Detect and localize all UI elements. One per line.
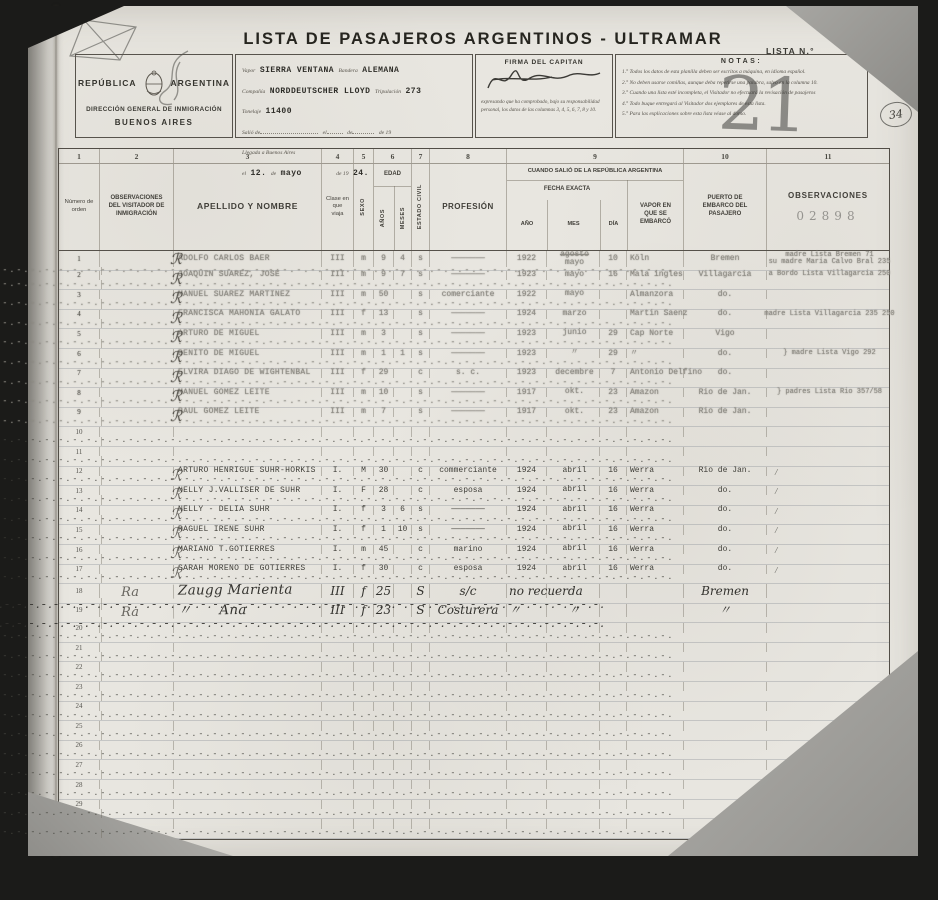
row-number: 12 <box>59 467 99 476</box>
month-cell <box>546 800 599 809</box>
passenger-name <box>173 682 321 691</box>
visitor-mark-cell: ℛ <box>99 486 173 495</box>
embark-ship-cell: Werra <box>626 565 683 574</box>
civil-status-cell: s <box>411 329 429 338</box>
sex-cell: f <box>353 506 373 515</box>
visitor-mark-cell: ℛ <box>99 290 173 299</box>
dashed-line: -.-.-.-.-.-.-.-.-.-.-.-.-.-.-.-.-.-.-.-.… <box>101 417 141 426</box>
row-number: 24 <box>59 702 99 711</box>
age-years-cell <box>373 819 393 828</box>
embark-ship-cell: Antonio Delfino <box>626 369 683 378</box>
row-number: 14 <box>59 506 99 515</box>
class-cell <box>321 741 353 750</box>
year-cell <box>506 447 546 456</box>
captain-note: expresando que ha comprobado, bajo su re… <box>476 99 612 115</box>
day-cell: 16 <box>599 565 626 574</box>
dashed-line: -.-.-.-.-.-.-.-.-.-.-.-.-.-.-.-.-.-.-.-.… <box>101 397 141 406</box>
port-cell: do. <box>683 349 766 358</box>
embark-ship-cell: Martin Saenz <box>626 310 683 319</box>
visitor-mark-cell: ℛ <box>99 251 173 267</box>
class-cell <box>321 721 353 730</box>
day-cell <box>599 427 626 436</box>
age-months-cell <box>393 800 411 809</box>
row-number: 27 <box>59 760 99 769</box>
visitor-mark-cell <box>99 662 173 671</box>
visitor-mark-cell <box>99 682 173 691</box>
profession-cell: comerciante <box>429 290 506 299</box>
passenger-name <box>173 702 321 711</box>
port-cell: Rio de Jan. <box>683 388 766 397</box>
col-num-10: 10 <box>683 149 766 163</box>
profession-cell: esposa <box>429 565 506 574</box>
table-row: 22 -.-.-.-.-.-.-.-.-.-.-.-.-.-.-.-.-.-.-… <box>59 662 889 682</box>
table-row: 26 -.-.-.-.-.-.-.-.-.-.-.-.-.-.-.-.-.-.-… <box>59 741 889 761</box>
age-years-cell <box>373 721 393 730</box>
embark-ship-cell <box>626 780 683 789</box>
header-dia: DÍA <box>600 221 627 228</box>
row-number: 21 <box>59 643 99 652</box>
col-num-9: 9 <box>506 149 683 163</box>
profession-cell <box>429 447 506 456</box>
table-row: 14 ℛ NELLY - DELIA SUHR I. f 3 6 s —————… <box>59 506 889 526</box>
port-cell <box>683 623 766 632</box>
day-cell: 16 <box>599 545 626 554</box>
civil-status-cell: s <box>411 310 429 319</box>
civil-status-cell: s <box>411 251 429 267</box>
visitor-mark-cell <box>99 741 173 750</box>
table-body: 1 ℛ ADOLFO CARLOS BAER III m 9 4 s —————… <box>59 251 889 839</box>
dashed-line: -.-.-.-.-.-.-.-.-.-.-.-.-.-.-.-.-.-.-.-.… <box>101 378 141 387</box>
sex-cell: f <box>353 310 373 319</box>
month-cell <box>546 643 599 652</box>
salio-label: Salió de <box>242 130 260 136</box>
age-months-cell: 10 <box>393 525 411 534</box>
column-number-strip: 1 2 3 4 5 6 7 8 9 10 11 <box>59 149 889 164</box>
visitor-mark-cell: ℛ <box>99 506 173 515</box>
year-cell: 1924 <box>506 565 546 574</box>
age-months-cell <box>393 486 411 495</box>
civil-status-cell <box>411 721 429 730</box>
civil-status-cell <box>411 643 429 652</box>
year-cell <box>506 760 546 769</box>
age-years-cell <box>373 800 393 809</box>
embark-ship-cell <box>626 662 683 671</box>
civil-status-cell <box>411 760 429 769</box>
passenger-name: SARAH MORENO DE GOTIERRES <box>173 565 321 574</box>
passenger-name: NELLY J.VALLISER DE SUHR <box>173 486 321 495</box>
table-row: 24 -.-.-.-.-.-.-.-.-.-.-.-.-.-.-.-.-.-.-… <box>59 702 889 722</box>
row-number: 4 <box>59 310 99 319</box>
compania-label: Compañía <box>242 89 265 95</box>
age-months-cell <box>393 310 411 319</box>
observations-cell <box>766 447 889 456</box>
class-cell <box>321 800 353 809</box>
civil-status-cell: c <box>411 467 429 476</box>
embark-ship-cell <box>626 800 683 809</box>
table-row: 3 ℛ MANUEL SUAREZ MARTINEZ III m 50 s co… <box>59 290 889 310</box>
profession-cell: ——————— <box>429 310 506 319</box>
visitor-mark-cell: ℛ <box>99 369 173 378</box>
dashed-line: -.-.-.-.-.-.-.-.-.-.-.-.-.-.-.-.-.-.-.-.… <box>101 617 141 629</box>
row-number: 23 <box>59 682 99 691</box>
civil-status-cell: s <box>411 290 429 299</box>
header-fecha-exacta-group: FECHA EXACTA AÑO MES DÍA <box>507 180 627 250</box>
year-cell: 1924 <box>506 467 546 476</box>
profession-cell <box>429 819 506 828</box>
age-months-cell <box>393 467 411 476</box>
age-months-cell: 4 <box>393 251 411 267</box>
month-cell: abril <box>546 525 599 534</box>
sex-cell: m <box>353 408 373 417</box>
year-cell: 1917 <box>506 408 546 417</box>
port-cell: do. <box>683 310 766 319</box>
dashed-line: -.-.-.-.-.-.-.-.-.-.-.-.-.-.-.-.-.-.-.-.… <box>101 711 141 720</box>
table-row: 1 ℛ ADOLFO CARLOS BAER III m 9 4 s —————… <box>59 251 889 271</box>
table-row: 23 -.-.-.-.-.-.-.-.-.-.-.-.-.-.-.-.-.-.-… <box>59 682 889 702</box>
day-cell <box>599 584 626 598</box>
tripulacion-value: 273 <box>406 87 422 96</box>
month-cell <box>546 427 599 436</box>
observations-cell: madre Lista Villagarcia 235 250 <box>766 310 889 319</box>
passenger-name <box>173 741 321 750</box>
header-observaciones-visitador: OBSERVACIONES DEL VISITADOR DE INMIGRACI… <box>99 164 173 250</box>
scan-background: LISTA DE PASAJEROS ARGENTINOS - ULTRAMAR… <box>0 0 938 900</box>
port-cell <box>683 760 766 769</box>
port-cell: do. <box>683 290 766 299</box>
table-row: 21 -.-.-.-.-.-.-.-.-.-.-.-.-.-.-.-.-.-.-… <box>59 643 889 663</box>
passenger-name <box>173 800 321 809</box>
profession-cell <box>429 427 506 436</box>
row-number: 18 <box>59 584 99 598</box>
observations-cell <box>766 506 889 515</box>
list-number-stamp: 21 <box>717 61 806 150</box>
month-cell: decembre <box>546 369 599 378</box>
observations-cell: } padres Lista Rio 357/58 <box>766 388 889 397</box>
dashed-line: -.-.-.-.-.-.-.-.-.-.-.-.-.-.-.-.-.-.-.-.… <box>101 750 141 759</box>
age-months-cell <box>393 369 411 378</box>
dashed-line: -.-.-.-.-.-.-.-.-.-.-.-.-.-.-.-.-.-.-.-.… <box>101 515 141 524</box>
visitor-mark-cell: ℛ <box>99 467 173 476</box>
profession-cell: ——————— <box>429 408 506 417</box>
ship-box: Vapor SIERRA VENTANA Bandera ALEMANA Com… <box>235 54 473 138</box>
row-number: 6 <box>59 349 99 358</box>
age-months-cell <box>393 545 411 554</box>
embark-ship-cell <box>626 643 683 652</box>
class-cell: I. <box>321 506 353 515</box>
age-years-cell <box>373 643 393 652</box>
day-cell: 7 <box>599 369 626 378</box>
org-box: REPÚBLICA ARGENTINA DIRECCIÓN GENERAL DE… <box>75 54 233 138</box>
passenger-name <box>173 643 321 652</box>
year-cell: 1922 <box>506 251 546 267</box>
embark-ship-cell: Köln <box>626 251 683 267</box>
table-row: 5 ℛ ARTURO DE MIGUEL III m 3 s ——————— 1… <box>59 329 889 349</box>
age-months-cell <box>393 447 411 456</box>
page-number-circle: 34 <box>878 100 913 129</box>
visitor-mark-cell <box>99 643 173 652</box>
month-cell <box>546 447 599 456</box>
age-years-cell <box>373 760 393 769</box>
day-cell: 16 <box>599 506 626 515</box>
observations-cell <box>766 623 889 632</box>
age-years-cell: 30 <box>373 467 393 476</box>
port-cell: do.⁄ <box>683 506 766 515</box>
header-apellido-nombre: APELLIDO Y NOMBRE <box>173 164 321 250</box>
passenger-name: ELVIRA DIAGO DE WIGHTENBAL <box>173 369 321 378</box>
age-years-cell: 45 <box>373 545 393 554</box>
month-cell: abril <box>546 565 599 574</box>
class-cell: I. <box>321 525 353 534</box>
embark-ship-cell <box>626 584 683 598</box>
sex-cell <box>353 760 373 769</box>
observations-cell <box>766 604 889 618</box>
col-num-1: 1 <box>59 149 99 163</box>
month-cell: okt. <box>546 388 599 397</box>
passenger-name <box>173 662 321 671</box>
row-number: 11 <box>59 447 99 456</box>
table-row: 12 ℛ ARTURO HENRIGUE SUHR-HORKIS I. M 30… <box>59 467 889 487</box>
age-years-cell <box>373 682 393 691</box>
profession-cell <box>429 780 506 789</box>
civil-status-cell: c <box>411 486 429 495</box>
age-years-cell <box>373 780 393 789</box>
passenger-name <box>173 780 321 789</box>
sex-cell <box>353 741 373 750</box>
class-cell <box>321 643 353 652</box>
row-number: 15 <box>59 525 99 534</box>
table-row: 9 ℛ RAUL GOMEZ LEITE III m 7 s ——————— 1… <box>59 408 889 428</box>
passenger-name: NELLY - DELIA SUHR <box>173 506 321 515</box>
age-years-cell: 30 <box>373 565 393 574</box>
coat-of-arms-icon <box>142 69 166 97</box>
port-cell <box>683 741 766 750</box>
visitor-mark-cell <box>99 780 173 789</box>
day-cell <box>599 310 626 319</box>
header-observaciones-group: OBSERVACIONES 02898 <box>766 164 889 250</box>
age-years-cell: 28 <box>373 486 393 495</box>
header-observaciones: OBSERVACIONES <box>788 191 868 201</box>
day-cell <box>599 290 626 299</box>
sex-cell: f <box>353 369 373 378</box>
col-num-8: 8 <box>429 149 506 163</box>
table-row: 7 ℛ ELVIRA DIAGO DE WIGHTENBAL III f 29 … <box>59 369 889 389</box>
passenger-name <box>173 427 321 436</box>
document-page: LISTA DE PASAJEROS ARGENTINOS - ULTRAMAR… <box>28 6 918 856</box>
row-number: 22 <box>59 662 99 671</box>
year-cell: 1923 <box>506 349 546 358</box>
profession-cell: ——————— <box>429 388 506 397</box>
observations-cell <box>766 467 889 476</box>
port-cell <box>683 662 766 671</box>
header-anos: AÑOS <box>374 186 394 250</box>
class-cell: III <box>321 369 353 378</box>
port-cell: Rio de Jan. <box>683 408 766 417</box>
day-cell: 16 <box>599 486 626 495</box>
year-cell: 1924 <box>506 310 546 319</box>
civil-status-cell <box>411 662 429 671</box>
year-cell <box>506 702 546 711</box>
visitor-mark-cell <box>99 447 173 456</box>
embark-ship-cell <box>626 721 683 730</box>
civil-status-cell: c <box>411 565 429 574</box>
dashed-line: -.-.-.-.-.-.-.-.-.-.-.-.-.-.-.-.-.-.-.-.… <box>101 280 141 289</box>
month-cell <box>546 721 599 730</box>
visitor-mark-cell <box>99 800 173 809</box>
visitor-mark-cell <box>99 721 173 730</box>
org-direccion: DIRECCIÓN GENERAL DE INMIGRACIÓN <box>76 106 232 113</box>
observations-cell <box>766 329 889 338</box>
civil-status-cell: c <box>411 545 429 554</box>
header-cuando-salio-group: CUANDO SALIÓ DE LA REPÚBLICA ARGENTINA F… <box>506 164 683 250</box>
age-years-cell: 1 <box>373 525 393 534</box>
col-num-3: 3 <box>173 149 321 163</box>
embark-ship-cell: Werra <box>626 486 683 495</box>
table-row: 15 ℛ RAGUEL IRENE SUHR I. f 1 10 s —————… <box>59 525 889 545</box>
year-cell <box>506 682 546 691</box>
embark-ship-cell: Amazon <box>626 388 683 397</box>
civil-status-cell <box>411 682 429 691</box>
port-cell <box>683 682 766 691</box>
port-cell: Bremen <box>683 251 766 267</box>
table-row: 16 ℛ MARIANO T.GOTIERRES I. m 45 c marin… <box>59 545 889 565</box>
year-cell: 1924 <box>506 525 546 534</box>
embark-ship-cell: 〃 <box>626 349 683 358</box>
port-cell <box>683 643 766 652</box>
embark-ship-cell: Werra <box>626 525 683 534</box>
day-cell: 16 <box>599 525 626 534</box>
profession-cell: ——————— <box>429 349 506 358</box>
header-fecha-exacta: FECHA EXACTA <box>507 183 627 197</box>
sex-cell: f <box>353 584 373 598</box>
table-row: 11 -.-.-.-.-.-.-.-.-.-.-.-.-.-.-.-.-.-.-… <box>59 447 889 467</box>
embark-ship-cell <box>626 741 683 750</box>
passenger-name: RAGUEL IRENE SUHR <box>173 525 321 534</box>
table-row: 25 -.-.-.-.-.-.-.-.-.-.-.-.-.-.-.-.-.-.-… <box>59 721 889 741</box>
embark-ship-cell: Amazon <box>626 408 683 417</box>
age-years-cell <box>373 741 393 750</box>
dashed-line: -.-.-.-.-.-.-.-.-.-.-.-.-.-.-.-.-.-.-.-.… <box>101 652 141 661</box>
embark-ship-cell: Almanzora <box>626 290 683 299</box>
civil-status-cell <box>411 427 429 436</box>
class-cell: I. <box>321 486 353 495</box>
visitor-mark-cell: ℛ <box>99 525 173 534</box>
sex-cell: m <box>353 349 373 358</box>
port-cell: do. <box>683 369 766 378</box>
passenger-name: RAUL GOMEZ LEITE <box>173 408 321 417</box>
profession-cell: ——————— <box>429 525 506 534</box>
visitor-mark-cell: ℛ <box>99 408 173 417</box>
class-cell: III <box>321 251 353 267</box>
dashed-line: -.-.-.-.-.-.-.-.-.-.-.-.-.-.-.-.-.-.-.-.… <box>101 554 141 563</box>
month-cell <box>546 682 599 691</box>
dashed-line: -.-.-.-.-.-.-.-.-.-.-.-.-.-.-.-.-.-.-.-.… <box>101 476 141 485</box>
port-cell <box>683 721 766 730</box>
port-cell <box>683 447 766 456</box>
age-months-cell <box>393 819 411 828</box>
header-cuando-salio: CUANDO SALIÓ DE LA REPÚBLICA ARGENTINA <box>507 164 683 181</box>
profession-cell <box>429 682 506 691</box>
civil-status-cell <box>411 741 429 750</box>
age-years-cell: 10 <box>373 388 393 397</box>
month-cell: marzo <box>546 310 599 319</box>
month-cell <box>546 741 599 750</box>
header-sexo: SEXO <box>353 164 373 250</box>
row-number: 13 <box>59 486 99 495</box>
row-number: 16 <box>59 545 99 554</box>
embark-ship-cell <box>626 447 683 456</box>
profession-cell <box>429 702 506 711</box>
dashed-line: -.-.-.-.-.-.-.-.-.-.-.-.-.-.-.-.-.-.-.-.… <box>101 535 141 544</box>
profession-cell: marino <box>429 545 506 554</box>
port-cell: do.⁄ <box>683 486 766 495</box>
age-months-cell: 1 <box>393 349 411 358</box>
class-cell: III <box>321 584 353 598</box>
tripulacion-label: Tripulación <box>375 89 401 95</box>
observations-cell <box>766 486 889 495</box>
port-cell: 〃 <box>683 604 766 618</box>
passenger-name: BENITO DE MIGUEL <box>173 349 321 358</box>
civil-status-cell: s <box>411 525 429 534</box>
civil-status-cell <box>411 447 429 456</box>
passenger-name: ARTURO HENRIGUE SUHR-HORKIS <box>173 467 321 476</box>
dashed-line: -.-.-.-.-.-.-.-.-.-.-.-.-.-.-.-.-.-.-.-.… <box>101 267 141 275</box>
age-years-cell: 50 <box>373 290 393 299</box>
day-cell: 23 <box>599 388 626 397</box>
port-cell <box>683 427 766 436</box>
civil-status-cell: S <box>411 584 429 598</box>
year-cell: 1923 <box>506 369 546 378</box>
embark-ship-cell <box>626 427 683 436</box>
month-cell: abril <box>546 545 599 554</box>
age-months-cell <box>393 643 411 652</box>
sex-cell: F <box>353 486 373 495</box>
year-cell <box>506 643 546 652</box>
year-cell: 1924 <box>506 486 546 495</box>
month-cell <box>546 780 599 789</box>
visitor-mark-cell: Ra <box>99 584 173 598</box>
class-cell: III <box>321 408 353 417</box>
age-months-cell <box>393 780 411 789</box>
table-row: 18 Ra Zaugg Marienta III f 25 S s/c no r… <box>59 584 889 604</box>
civil-status-cell <box>411 819 429 828</box>
port-cell: do.⁄ <box>683 565 766 574</box>
table-row: 13 ℛ NELLY J.VALLISER DE SUHR I. F 28 c … <box>59 486 889 506</box>
port-cell: Vigo <box>683 329 766 338</box>
civil-status-cell: s <box>411 408 429 417</box>
visitor-mark-cell: ℛ <box>99 565 173 574</box>
row-number: 1 <box>59 251 99 267</box>
passenger-name: MANUEL SUAREZ MARTINEZ <box>173 290 321 299</box>
age-years-cell: 3 <box>373 506 393 515</box>
year-cell <box>506 721 546 730</box>
dashed-line: -.-.-.-.-.-.-.-.-.-.-.-.-.-.-.-.-.-.-.-.… <box>101 789 141 798</box>
dashed-line: -.-.-.-.-.-.-.-.-.-.-.-.-.-.-.-.-.-.-.-.… <box>101 437 141 446</box>
day-cell: 10 <box>599 251 626 267</box>
profession-cell <box>429 662 506 671</box>
dashed-line: -.-.-.-.-.-.-.-.-.-.-.-.-.-.-.-.-.-.-.-.… <box>101 672 141 681</box>
passenger-name <box>173 447 321 456</box>
class-cell: I. <box>321 545 353 554</box>
observations-cell: } madre Lista Vigo 292 <box>766 349 889 358</box>
year-cell <box>506 819 546 828</box>
dashed-line: -.-.-.-.-.-.-.-.-.-.-.-.-.-.-.-.-.-.-.-.… <box>101 770 141 779</box>
profession-cell: commerciante <box>429 467 506 476</box>
captain-signature <box>482 62 606 92</box>
row-number: 3 <box>59 290 99 299</box>
dashed-line: -.-.-.-.-.-.-.-.-.-.-.-.-.-.-.-.-.-.-.-.… <box>101 829 141 838</box>
col-num-11: 11 <box>766 149 889 163</box>
tonelaje-label: Tonelaje <box>242 109 261 115</box>
